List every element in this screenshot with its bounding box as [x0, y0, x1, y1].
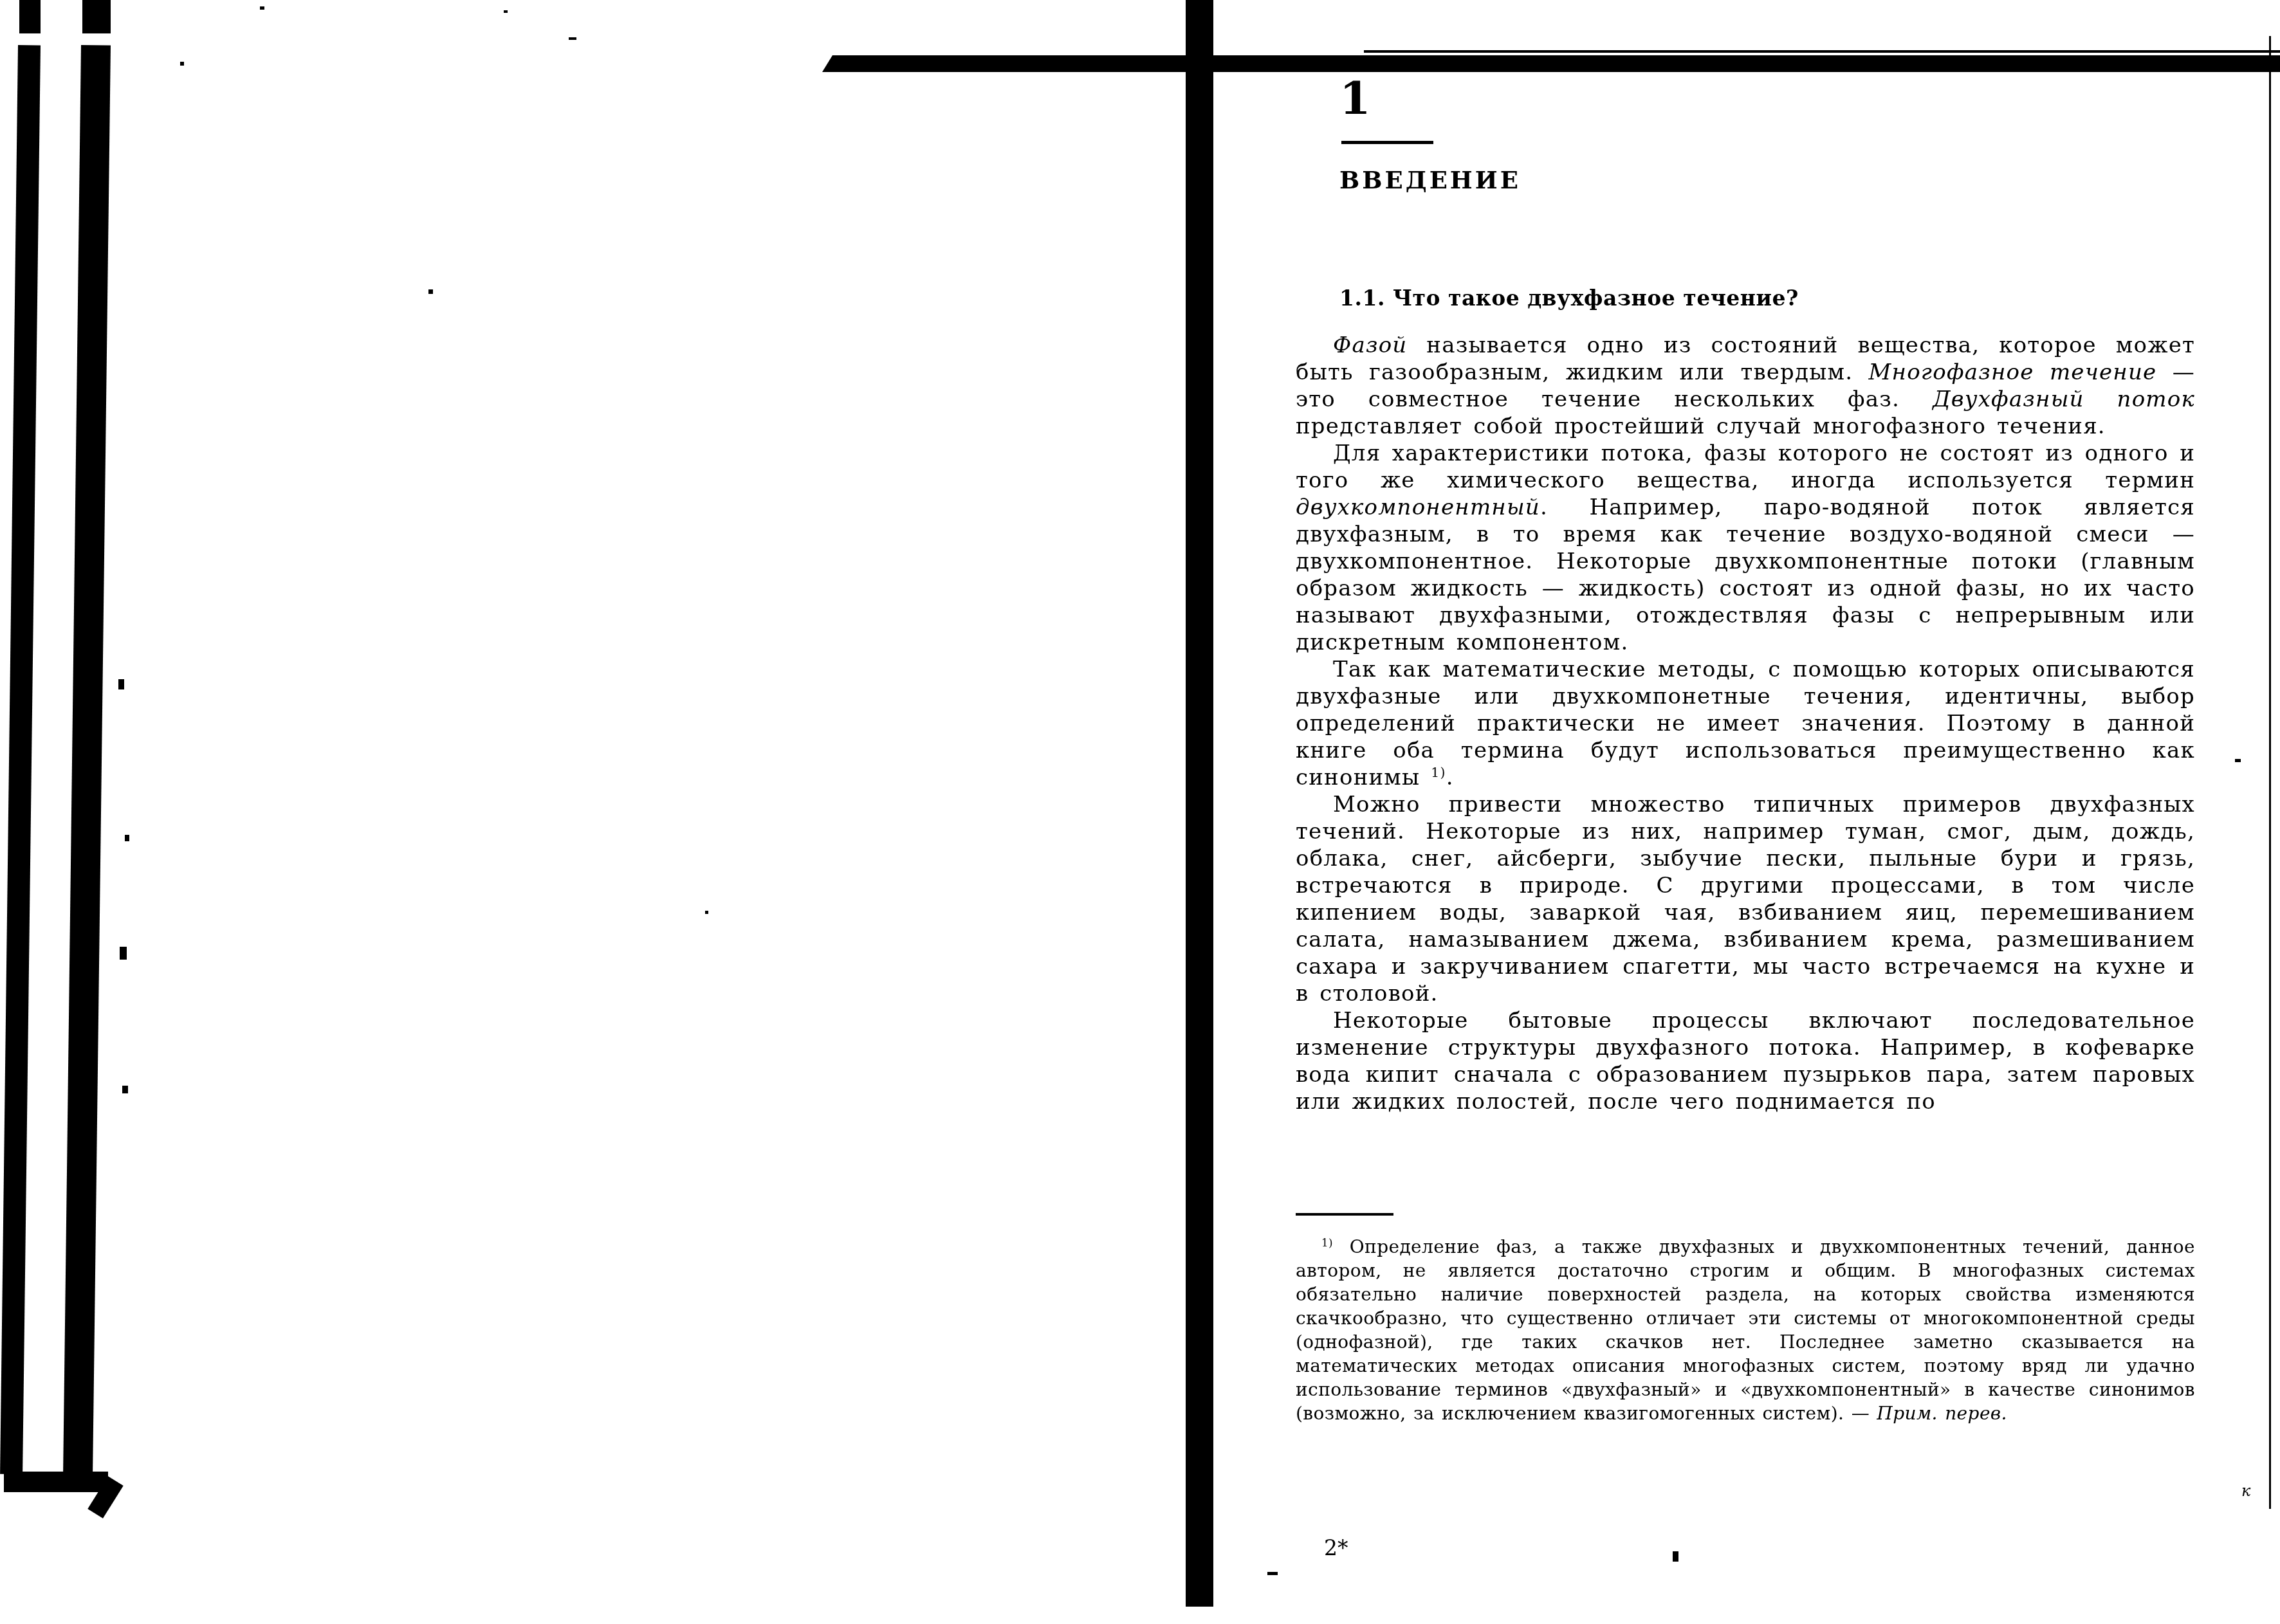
footnote: 1) Определение фаз, а также двухфазных и…: [1296, 1235, 2195, 1425]
footnote-marker: 1): [1321, 1236, 1333, 1249]
scan-stray-mark: к: [2241, 1483, 2250, 1499]
footnote-paragraph: 1) Определение фаз, а также двухфазных и…: [1296, 1235, 2195, 1425]
binding-bar-bottom: [4, 1472, 108, 1492]
scanned-book-spread: 1 ВВЕДЕНИЕ 1.1. Что такое двухфазное теч…: [0, 0, 2280, 1624]
scan-speck: [118, 679, 124, 689]
section-heading: 1.1. Что такое двухфазное течение?: [1339, 287, 1799, 310]
chapter-title: ВВЕДЕНИЕ: [1339, 169, 1521, 192]
chapter-number: 1: [1339, 76, 1371, 121]
scan-speck: [120, 947, 127, 960]
scan-speck: [569, 37, 576, 40]
binding-bar-outer-top: [19, 0, 41, 33]
footnote-rule: [1296, 1213, 1393, 1216]
scan-speck: [122, 1086, 128, 1093]
scan-speck: [2235, 759, 2241, 762]
scan-speck: [504, 10, 508, 13]
paragraph: Можно привести множество типичных пример…: [1296, 791, 2195, 1007]
scan-speck: [705, 911, 708, 914]
page-edge-line: [2269, 36, 2271, 1509]
signature-mark: 2*: [1324, 1537, 1348, 1558]
body-text: Фазой называется одно из состояний вещес…: [1296, 332, 2195, 1115]
scan-speck: [260, 6, 264, 10]
scan-speck: [1673, 1551, 1678, 1562]
scan-speck: [1267, 1572, 1278, 1575]
paragraph: Для характеристики потока, фазы которого…: [1296, 440, 2195, 656]
header-rule-thin: [1364, 50, 2280, 53]
page-gutter-shadow: [1186, 0, 1213, 1607]
paragraph: Некоторые бытовые процессы включают посл…: [1296, 1007, 2195, 1115]
scan-speck: [180, 62, 184, 66]
chapter-number-rule: [1341, 141, 1433, 144]
scan-speck: [428, 289, 433, 294]
binding-bar-inner: [63, 45, 111, 1475]
paragraph: Фазой называется одно из состояний вещес…: [1296, 332, 2195, 440]
paragraph: Так как математические методы, с помощью…: [1296, 656, 2195, 791]
header-rule-thick: [822, 55, 2280, 72]
scan-speck: [125, 835, 129, 841]
binding-bar-inner-top: [82, 0, 111, 33]
binding-bar-outer: [0, 45, 41, 1474]
